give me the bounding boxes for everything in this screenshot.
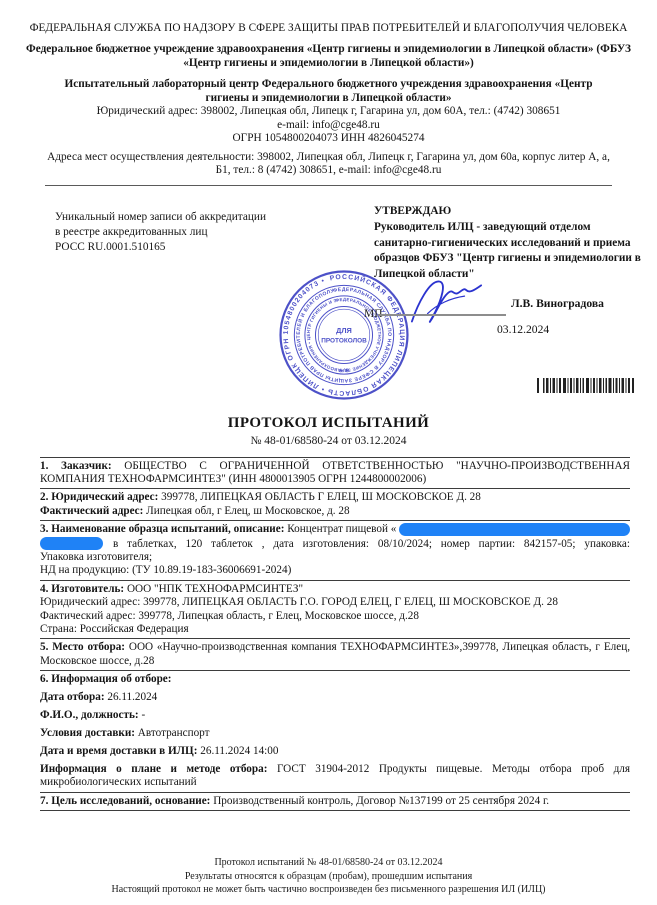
manufacturer-label: 4. Изготовитель: (40, 583, 124, 595)
letterhead: ФЕДЕРАЛЬНАЯ СЛУЖБА ПО НАДЗОРУ В СФЕРЕ ЗА… (0, 0, 657, 178)
sampling-date-value: 26.11.2024 (107, 691, 157, 703)
manufacturer-actual-address: Фактический адрес: 399778, Липецкая обла… (40, 610, 630, 623)
accreditation-line2: в реестре аккредитованных лиц (55, 225, 290, 240)
signer-name: Л.В. Виноградова (511, 296, 604, 311)
approval-date: 03.12.2024 (497, 322, 549, 337)
barcode (537, 378, 634, 393)
signature-stroke (408, 274, 486, 329)
approval-block: УТВЕРЖДАЮ Руководитель ИЛЦ - заведующий … (374, 204, 642, 283)
redaction-box-1 (399, 523, 630, 536)
legal-address-value: 399778, ЛИПЕЦКАЯ ОБЛАСТЬ Г ЕЛЕЦ, Ш МОСКО… (161, 491, 481, 503)
actual-address-value: Липецкая обл, г Елец, ш Московское, д. 2… (146, 505, 349, 517)
section-customer: 1. Заказчик: ОБЩЕСТВО С ОГРАНИЧЕННОЙ ОТВ… (40, 457, 630, 490)
section-sampling-place: 5. Место отбора: ООО «Научно-производств… (40, 639, 630, 671)
delivery-datetime-value: 26.11.2024 14:00 (200, 745, 278, 757)
seal-center-line2: ПРОТОКОЛОВ (321, 337, 367, 344)
manufacturer-country: Страна: Российская Федерация (40, 623, 630, 636)
section-sampling-info: 6. Информация об отборе: Дата отбора: 26… (40, 671, 630, 792)
protocol-sections: 1. Заказчик: ОБЩЕСТВО С ОГРАНИЧЕННОЙ ОТВ… (40, 457, 630, 811)
section-customer-label: 1. Заказчик: (40, 460, 112, 472)
sample-packaging-line: Упаковка изготовителя; (40, 551, 630, 564)
accreditation-number: РОСС RU.0001.510165 (55, 240, 290, 255)
sampling-info-label: 6. Информация об отборе: (40, 673, 630, 686)
sampling-method-label: Информация о плане и методе отбора: (40, 763, 267, 775)
sampler-name-value: - (141, 709, 145, 721)
sample-description-line2: в таблетках, 120 таблеток , дата изготов… (113, 538, 630, 550)
section-sample-description: 3. Наименование образца испытаний, описа… (40, 521, 630, 581)
federal-service-name: ФЕДЕРАЛЬНАЯ СЛУЖБА ПО НАДЗОРУ В СФЕРЕ ЗА… (29, 21, 629, 35)
purpose-value: Производственный контроль, Договор №1371… (213, 795, 549, 807)
page-footer: Протокол испытаний № 48-01/68580-24 от 0… (0, 856, 657, 897)
official-seal-stamp: РОССИЙСКАЯ ФЕДЕРАЦИЯ ЛИПЕЦКАЯ ОБЛАСТЬ • … (275, 266, 413, 404)
legal-address-line: Юридический адрес: 398002, Липецкая обл,… (0, 105, 657, 119)
sample-nd-line: НД на продукцию: (ТУ 10.89.19-183-360066… (40, 564, 630, 577)
sampling-place-value: ООО «Научно-производственная компания ТЕ… (40, 641, 630, 666)
seal-asterisks: ✳ ✳ (339, 367, 350, 374)
section-purpose: 7. Цель исследований, основание: Произво… (40, 793, 630, 811)
approval-title: УТВЕРЖДАЮ (374, 204, 642, 220)
delivery-conditions-label: Условия доставки: (40, 727, 135, 739)
section-manufacturer: 4. Изготовитель: ООО "НПК ТЕХНОФАРМСИНТЕ… (40, 581, 630, 640)
accreditation-line1: Уникальный номер записи об аккредитации (55, 210, 290, 225)
purpose-label: 7. Цель исследований, основание: (40, 795, 210, 807)
ogrn-inn-line: ОГРН 1054800204073 ИНН 4826045274 (0, 132, 657, 146)
protocol-number: № 48-01/68580-24 от 03.12.2024 (0, 435, 657, 447)
footer-protocol-ref: Протокол испытаний № 48-01/68580-24 от 0… (0, 856, 657, 870)
footer-results-note: Результаты относятся к образцам (пробам)… (0, 870, 657, 884)
manufacturer-legal-address: Юридический адрес: 399778, ЛИПЕЦКАЯ ОБЛА… (40, 596, 630, 609)
testing-lab-center-name: Испытательный лабораторный центр Федерал… (44, 77, 614, 105)
accreditation-block: Уникальный номер записи об аккредитации … (55, 210, 290, 255)
activity-addresses-line: Адреса мест осуществления деятельности: … (39, 151, 619, 178)
approval-zone: Уникальный номер записи об аккредитации … (0, 186, 657, 409)
sampling-place-label: 5. Место отбора: (40, 641, 125, 653)
protocol-document-page: ФЕДЕРАЛЬНАЯ СЛУЖБА ПО НАДЗОРУ В СФЕРЕ ЗА… (0, 0, 657, 905)
delivery-datetime-label: Дата и время доставки в ИЛЦ: (40, 745, 197, 757)
footer-reproduction-note: Настоящий протокол не может быть частичн… (0, 883, 657, 897)
seal-center-line1: ДЛЯ (336, 326, 352, 335)
section-customer-value: ОБЩЕСТВО С ОГРАНИЧЕННОЙ ОТВЕТСТВЕННОСТЬЮ… (40, 460, 630, 485)
actual-address-label: Фактический адрес: (40, 505, 143, 517)
email-line: e-mail: info@cge48.ru (0, 119, 657, 133)
manufacturer-value: ООО "НПК ТЕХНОФАРМСИНТЕЗ" (127, 583, 303, 595)
redaction-box-2 (40, 537, 103, 550)
sampling-date-label: Дата отбора: (40, 691, 105, 703)
section-legal-address: 2. Юридический адрес: 399778, ЛИПЕЦКАЯ О… (40, 489, 630, 521)
legal-address-label: 2. Юридический адрес: (40, 491, 158, 503)
delivery-conditions-value: Автотранспорт (138, 727, 210, 739)
signature-line (378, 314, 506, 317)
protocol-title: ПРОТОКОЛ ИСПЫТАНИЙ (0, 415, 657, 432)
organization-name: Федеральное бюджетное учреждение здравоо… (24, 42, 634, 70)
sampler-name-label: Ф.И.О., должность: (40, 709, 139, 721)
sample-description-intro: Концентрат пищевой « (287, 523, 396, 536)
sample-description-label: 3. Наименование образца испытаний, описа… (40, 523, 284, 536)
